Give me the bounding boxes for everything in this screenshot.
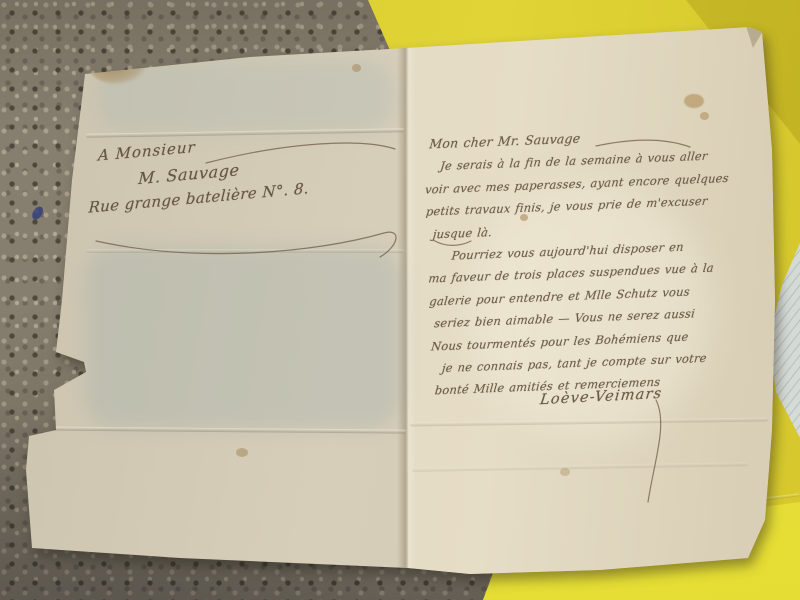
letter-body: Mon cher Mr. Sauvage Je serais à la fin …	[423, 121, 773, 403]
letter-sheet: A Monsieur M. Sauvage Rue grange bateliè…	[0, 0, 800, 600]
stain	[700, 112, 709, 120]
paper-discoloration-middle	[85, 246, 401, 430]
stain	[352, 64, 361, 72]
address-block: A Monsieur M. Sauvage Rue grange bateliè…	[83, 128, 309, 216]
photo-scene: A Monsieur M. Sauvage Rue grange bateliè…	[0, 0, 800, 600]
center-fold	[397, 38, 416, 572]
stain	[684, 94, 704, 108]
fold-crease	[86, 249, 404, 253]
stain	[560, 468, 570, 476]
stain	[236, 448, 248, 457]
stain	[338, 32, 354, 44]
address-line: Rue grange batelière N°. 8.	[88, 179, 309, 216]
letter-wrap: A Monsieur M. Sauvage Rue grange bateliè…	[0, 0, 800, 600]
stain	[88, 44, 146, 84]
